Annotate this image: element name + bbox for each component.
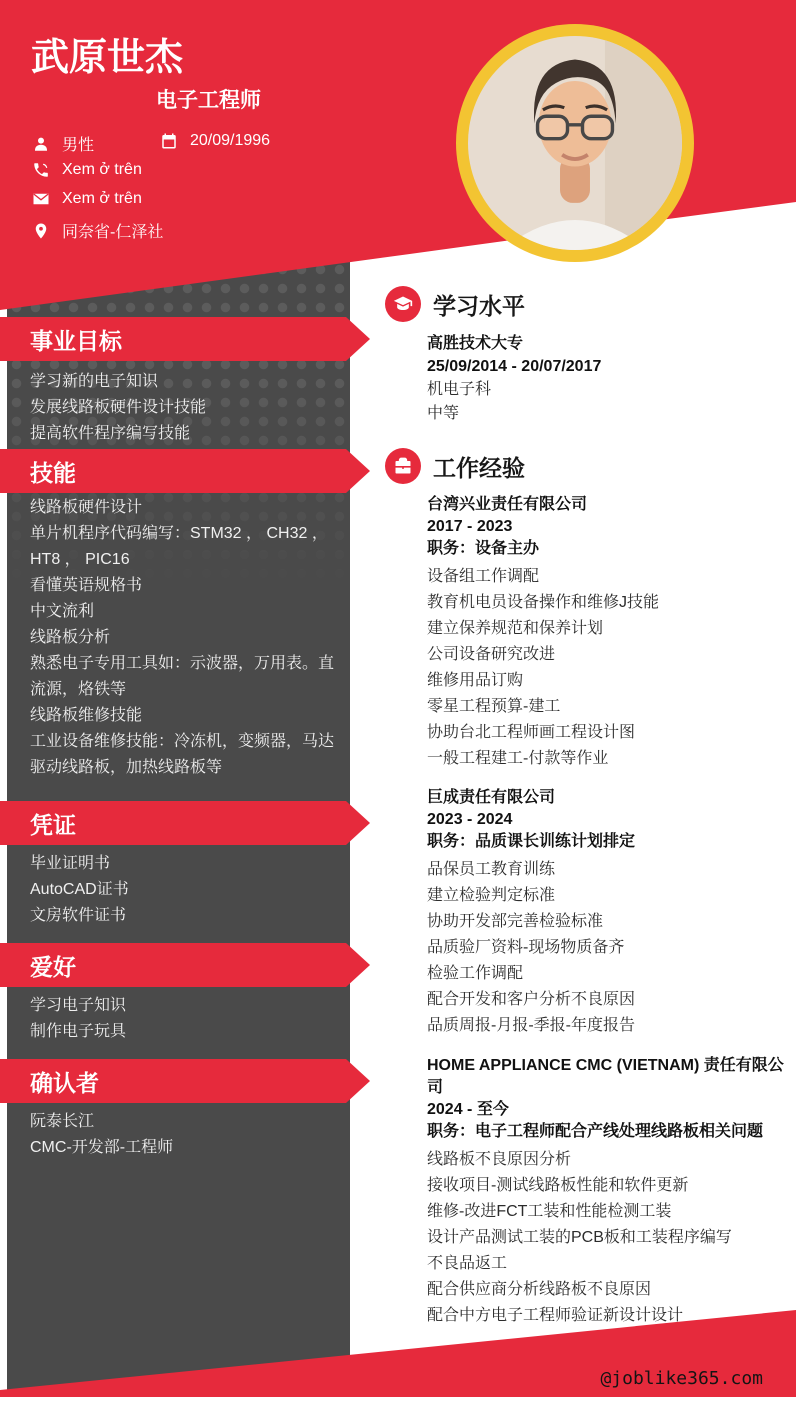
list-item: 线路板维修技能 (30, 703, 334, 729)
contact-phone: Xem ở trên (32, 161, 142, 179)
duty-item: 维修用品订购 (427, 668, 789, 694)
duty-item: 设计产品测试工装的PCB板和工装程序编写 (427, 1225, 789, 1251)
list-item: 制作电子玩具 (30, 1019, 334, 1045)
job-duties: 品保员工教育训练 建立检验判定标准 协助开发部完善检验标准 品质验厂资料-现场物… (427, 857, 789, 1039)
job-period: 2024 - 至今 (427, 1099, 789, 1121)
footer-watermark: @joblike365.com (600, 1368, 763, 1389)
duty-item: 零星工程预算-建工 (427, 694, 789, 720)
list-item: 工业设备维修技能：冷冻机，变频器，马达驱动线路板，加热线路板等 (30, 729, 334, 781)
company-name: 台湾兴业责任有限公司 (427, 494, 789, 516)
company-name: 巨成责任有限公司 (427, 787, 789, 809)
duty-item: 品质验厂资料-现场物质备齐 (427, 935, 789, 961)
list-item: 线路板硬件设计 (30, 495, 334, 521)
duty-item: 建立检验判定标准 (427, 883, 789, 909)
candidate-name: 武原世杰 (31, 26, 183, 81)
list-item: 学习电子知识 (30, 993, 334, 1019)
duty-item: 建立保养规范和保养计划 (427, 616, 789, 642)
list-item: 提高软件程序编写技能 (30, 421, 334, 447)
section-header-hobbies: 爱好 (0, 943, 370, 987)
list-item: 文房软件证书 (30, 903, 334, 929)
section-title: 事业目标 (30, 323, 122, 356)
mail-icon (32, 190, 50, 208)
education-heading-text: 学习水平 (433, 288, 525, 321)
location-pin-icon (32, 222, 50, 240)
duty-item: 协助台北工程师画工程设计图 (427, 720, 789, 746)
list-item: 看懂英语规格书 (30, 573, 334, 599)
list-item: 发展线路板硬件设计技能 (30, 395, 334, 421)
duty-item: 配合供应商分析线路板不良原因 (427, 1277, 789, 1303)
section-header-reference: 确认者 (0, 1059, 370, 1103)
job-duties: 设备组工作调配 教育机电员设备操作和维修J技能 建立保养规范和保养计划 公司设备… (427, 564, 789, 772)
photo-ring (456, 24, 694, 262)
duty-item: 一般工程建工-付款等作业 (427, 746, 789, 772)
duty-item: 不良品返工 (427, 1251, 789, 1277)
education-grade: 中等 (427, 402, 789, 426)
hobbies-list: 学习电子知识 制作电子玩具 (0, 987, 370, 1059)
duty-item: 接收项目-测试线路板性能和软件更新 (427, 1173, 789, 1199)
contact-address-text: 同奈省-仁泽社 (62, 219, 163, 242)
list-item: 毕业证明书 (30, 851, 334, 877)
job-entry: 台湾兴业责任有限公司 2017 - 2023 职务：设备主办 设备组工作调配 教… (427, 494, 789, 772)
contact-email-text: Xem ở trên (62, 190, 142, 208)
duty-item: 配合开发和客户分析不良原因 (427, 987, 789, 1013)
experience-heading-text: 工作经验 (433, 450, 525, 483)
section-title: 技能 (30, 455, 76, 488)
list-item: CMC-开发部-工程师 (30, 1135, 334, 1161)
duty-item: 教育机电员设备操作和维修J技能 (427, 590, 789, 616)
briefcase-icon (385, 448, 421, 484)
job-period: 2023 - 2024 (427, 809, 789, 831)
section-title: 爱好 (30, 949, 76, 982)
duty-item: 品保员工教育训练 (427, 857, 789, 883)
job-duties: 线路板不良原因分析 接收项目-测试线路板性能和软件更新 维修-改进FCT工装和性… (427, 1147, 789, 1329)
main-column: 学习水平 高胜技术大专 25/09/2014 - 20/07/2017 机电子科… (385, 280, 789, 1329)
list-item: 熟悉电子专用工具如：示波器，万用表。直流源，烙铁等 (30, 651, 334, 703)
contact-gender: 男性 (32, 132, 94, 155)
reference-list: 阮泰长江 CMC-开发部-工程师 (0, 1103, 370, 1161)
contact-birthday-text: 20/09/1996 (190, 132, 270, 150)
list-item: 单片机程序代码编写：STM32 ， CH32 ， HT8 ， PIC16 (30, 521, 334, 573)
contact-phone-text: Xem ở trên (62, 161, 142, 179)
list-item: 线路板分析 (30, 625, 334, 651)
section-title: 确认者 (30, 1065, 99, 1098)
career-goal-list: 学习新的电子知识 发展线路板硬件设计技能 提高软件程序编写技能 (0, 361, 370, 447)
education-period: 25/09/2014 - 20/07/2017 (427, 355, 789, 378)
graduation-cap-icon (385, 286, 421, 322)
list-item: 阮泰长江 (30, 1109, 334, 1135)
calendar-icon (160, 132, 178, 150)
phone-icon (32, 161, 50, 179)
candidate-job-title: 电子工程师 (156, 84, 261, 114)
list-item: 中文流利 (30, 599, 334, 625)
job-entry: HOME APPLIANCE CMC (VIETNAM) 责任有限公司 2024… (427, 1055, 789, 1329)
job-entry: 巨成责任有限公司 2023 - 2024 职务：品质课长训练计划排定 品保员工教… (427, 787, 789, 1039)
certificates-list: 毕业证明书 AutoCAD证书 文房软件证书 (0, 845, 370, 939)
list-item: AutoCAD证书 (30, 877, 334, 903)
duty-item: 维修-改进FCT工装和性能检测工装 (427, 1199, 789, 1225)
education-major: 机电子科 (427, 378, 789, 402)
section-header-career-goal: 事业目标 (0, 317, 370, 361)
resume-page: 武原世杰 电子工程师 男性 20/09/1996 Xem ở trên Xem … (0, 0, 796, 1403)
company-name: HOME APPLIANCE CMC (VIETNAM) 责任有限公司 (427, 1055, 789, 1099)
duty-item: 设备组工作调配 (427, 564, 789, 590)
duty-item: 品质周报-月报-季报-年度报告 (427, 1013, 789, 1039)
contact-birthday: 20/09/1996 (160, 132, 270, 150)
section-header-certificates: 凭证 (0, 801, 370, 845)
contact-address: 同奈省-仁泽社 (32, 219, 163, 242)
duty-item: 公司设备研究改进 (427, 642, 789, 668)
school-name: 高胜技术大专 (427, 332, 789, 355)
job-role: 职务：电子工程师配合产线处理线路板相关问题 (427, 1121, 789, 1143)
profile-photo (468, 36, 682, 250)
person-icon (32, 135, 50, 153)
skills-list: 线路板硬件设计 单片机程序代码编写：STM32 ， CH32 ， HT8 ， P… (0, 493, 370, 795)
sidebar: 事业目标 学习新的电子知识 发展线路板硬件设计技能 提高软件程序编写技能 技能 … (0, 265, 370, 1161)
list-item: 学习新的电子知识 (30, 369, 334, 395)
job-role: 职务：品质课长训练计划排定 (427, 831, 789, 853)
education-heading: 学习水平 (385, 286, 789, 322)
education-entry: 高胜技术大专 25/09/2014 - 20/07/2017 机电子科 中等 (427, 332, 789, 426)
contact-email: Xem ở trên (32, 190, 142, 208)
job-role: 职务：设备主办 (427, 538, 789, 560)
experience-heading: 工作经验 (385, 448, 789, 484)
duty-item: 协助开发部完善检验标准 (427, 909, 789, 935)
duty-item: 检验工作调配 (427, 961, 789, 987)
section-header-skills: 技能 (0, 449, 370, 493)
contact-gender-text: 男性 (62, 132, 94, 155)
job-period: 2017 - 2023 (427, 516, 789, 538)
experience-entries: 台湾兴业责任有限公司 2017 - 2023 职务：设备主办 设备组工作调配 教… (427, 494, 789, 1329)
section-title: 凭证 (30, 807, 76, 840)
duty-item: 线路板不良原因分析 (427, 1147, 789, 1173)
